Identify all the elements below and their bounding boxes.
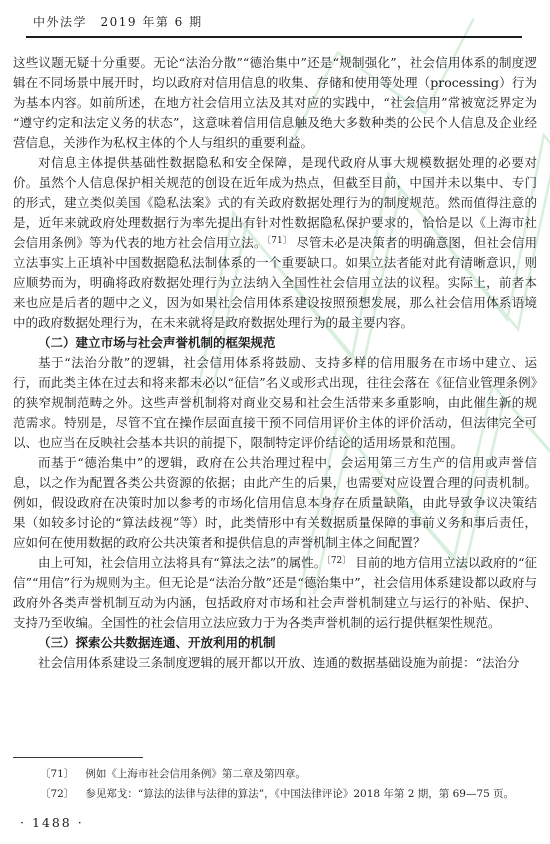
footnote-item: 〔71〕例如《上海市社会信用条例》第二章及第四章。 [13,764,537,784]
footnote-text: 参见郑戈：“算法的法律与法律的算法”，《中国法律评论》2018 年第 2 期，第… [85,788,514,800]
footnote-separator [13,757,143,758]
footnote-item: 〔72〕参见郑戈：“算法的法律与法律的算法”，《中国法律评论》2018 年第 2… [13,784,537,804]
journal-page: 中外法学 2019 年第 6 期 这些议题无疑十分重要。无论“法治分散”“德治集… [0,0,550,844]
page-footer: · 1488 · [20,815,84,830]
footnote-text: 例如《上海市社会信用条例》第二章及第四章。 [85,768,306,780]
journal-issue-label: 中外法学 2019 年第 6 期 [33,15,203,29]
body-paragraph: 社会信用体系建设三条制度逻辑的展开都以开放、连通的数据基础设施为前提：“法治分 [13,653,537,673]
section-heading: （二）建立市场与社会声誉机制的框架规范 [13,333,537,353]
footnote-marker: 〔71〕 [40,768,74,780]
body-paragraph: 基于“法治分散”的逻辑，社会信用体系将鼓励、支持多样的信用服务在市场中建立、运行… [13,353,537,453]
body-paragraph: 这些议题无疑十分重要。无论“法治分散”“德治集中”还是“规制强化”，社会信用体系… [13,53,537,153]
footnote-ref: 〔72〕 [326,556,351,566]
footnote-list: 〔71〕例如《上海市社会信用条例》第二章及第四章。〔72〕参见郑戈：“算法的法律… [13,764,537,804]
section-heading: （三）探索公共数据连通、开放利用的机制 [13,633,537,653]
running-header: 中外法学 2019 年第 6 期 [33,13,203,30]
footnote-ref: 〔71〕 [267,236,293,246]
footnote-marker: 〔72〕 [40,788,74,800]
header-rule [26,36,522,38]
body-paragraph: 由上可知，社会信用立法将具有“算法之法”的属性。〔72〕 目前的地方信用立法以政… [13,553,537,633]
article-body: 这些议题无疑十分重要。无论“法治分散”“德治集中”还是“规制强化”，社会信用体系… [13,53,537,755]
body-paragraph: 而基于“德治集中”的逻辑，政府在公共治理过程中，会运用第三方生产的信用或声誉信息… [13,453,537,553]
body-paragraph: 对信息主体提供基础性数据隐私和安全保障，是现代政府从事大规模数据处理的必要对价。… [13,153,537,333]
page-number: · 1488 · [20,815,84,830]
